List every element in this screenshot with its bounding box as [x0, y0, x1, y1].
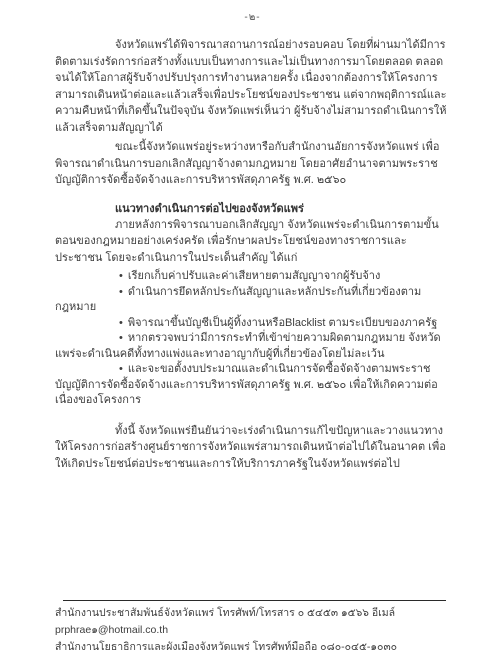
footer-contact-line-1: สำนักงานประชาสัมพันธ์จังหวัดแพร่ โทรศัพท…	[55, 605, 460, 639]
bullet-item: •และจะขอตั้งงบประมาณและดำเนินการจัดซื้อจ…	[55, 362, 450, 409]
footer-divider	[63, 600, 446, 601]
bullet-item: •เรียกเก็บค่าปรับและค่าเสียหายตามสัญญาจา…	[55, 269, 450, 285]
paragraph-legal-process: ภายหลังการพิจารณาบอกเลิกสัญญา จังหวัดแพร…	[55, 217, 450, 267]
footer-contact-line-2: สำนักงานโยธาธิการและผังเมืองจังหวัดแพร่ …	[55, 639, 460, 656]
paragraph-situation-review: จังหวัดแพร่ได้พิจารณาสถานการณ์อย่างรอบคอ…	[55, 37, 450, 136]
paragraph-contract-termination: ขณะนี้จังหวัดแพร่อยู่ระหว่างหารือกับสำนั…	[55, 139, 450, 189]
bullet-text-penalty: เรียกเก็บค่าปรับและค่าเสียหายตามสัญญาจาก…	[128, 270, 380, 282]
action-bullet-list: •เรียกเก็บค่าปรับและค่าเสียหายตามสัญญาจา…	[55, 269, 450, 409]
bullet-text-blacklist: พิจารณาขึ้นบัญชีเป็นผู้ทิ้งงานหรือBlackl…	[128, 317, 437, 329]
paragraph-closing-commitment: ทั้งนี้ จังหวัดแพร่ยืนยันว่าจะเร่งดำเนิน…	[55, 423, 450, 473]
bullet-text-prosecution: หากตรวจพบว่ามีการกระทำที่เข้าข่ายความผิด…	[55, 332, 441, 360]
bullet-text-new-budget: และจะขอตั้งงบประมาณและดำเนินการจัดซื้อจั…	[55, 363, 438, 406]
bullet-marker: •	[119, 317, 123, 329]
bullet-marker: •	[119, 286, 123, 298]
bullet-text-seize-guarantee: ดำเนินการยึดหลักประกันสัญญาและหลักประกัน…	[55, 286, 421, 314]
page-number: -๒-	[55, 10, 450, 25]
bullet-item: •พิจารณาขึ้นบัญชีเป็นผู้ทิ้งงานหรือBlack…	[55, 316, 450, 332]
section-heading-next-steps: แนวทางดำเนินการต่อไปของจังหวัดแพร่	[115, 201, 450, 217]
bullet-item: •ดำเนินการยึดหลักประกันสัญญาและหลักประกั…	[55, 285, 450, 316]
bullet-marker: •	[119, 332, 123, 344]
document-page: -๒- จังหวัดแพร่ได้พิจารณาสถานการณ์อย่างร…	[0, 0, 486, 666]
footer: สำนักงานประชาสัมพันธ์จังหวัดแพร่ โทรศัพท…	[55, 600, 460, 656]
bullet-marker: •	[119, 363, 123, 375]
bullet-item: •หากตรวจพบว่ามีการกระทำที่เข้าข่ายความผิ…	[55, 331, 450, 362]
bullet-marker: •	[119, 270, 123, 282]
